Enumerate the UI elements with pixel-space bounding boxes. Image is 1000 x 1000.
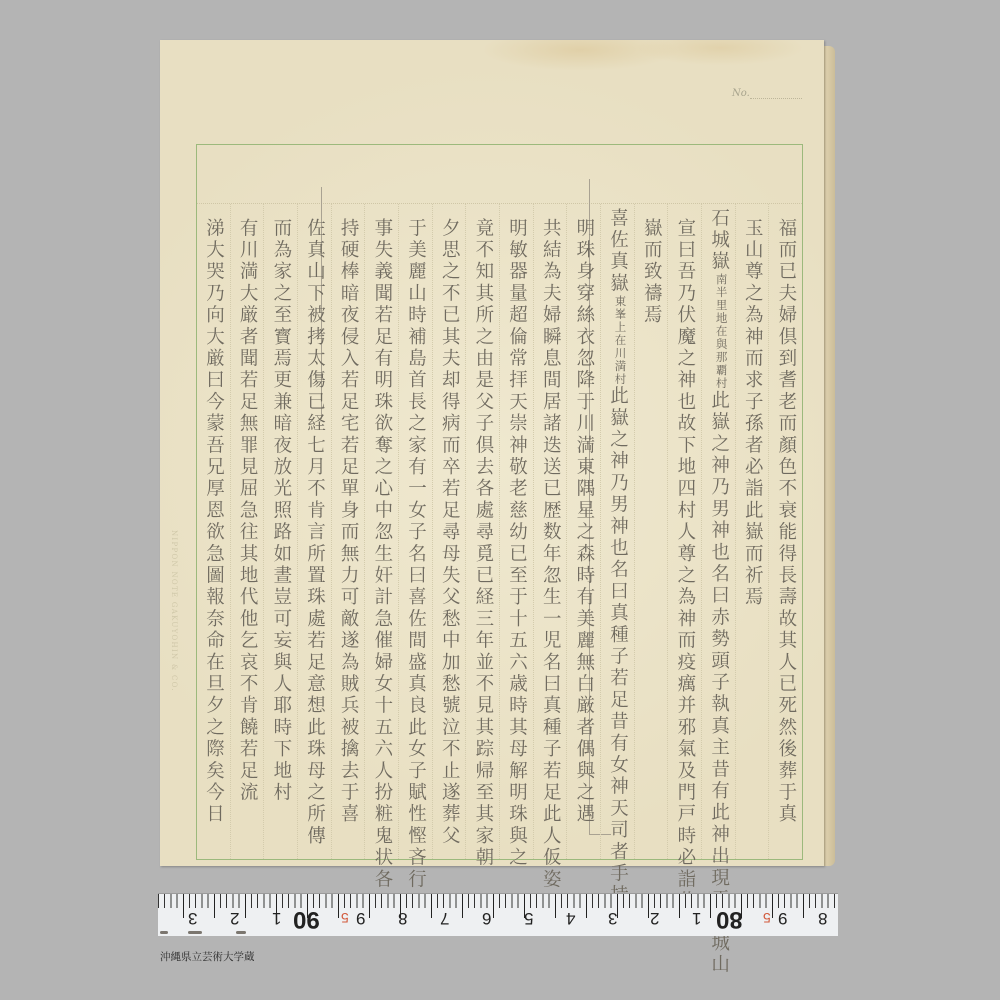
text-column: 宣曰吾乃伏魔之神也故下地四村人尊之為神而疫癘并邪氣及門戸時必詣此 [667,204,701,859]
ruler-label: 5 [341,910,349,926]
collection-credit: 沖縄県立芸術大学蔵 [160,949,255,964]
ruled-frame: 福而已夫婦倶到耆老而顏色不衰能得長壽故其人已死然後葬于真 玉山尊之為神而求子孫者… [196,144,803,860]
text-columns: 福而已夫婦倶到耆老而顏色不衰能得長壽故其人已死然後葬于真 玉山尊之為神而求子孫者… [197,204,802,859]
manuscript-page: No. NIPPON NOTE GAKUYOHIN & CO. 福而已夫婦倶到耆… [160,40,824,866]
page-number-field [750,98,802,99]
text-column: 福而已夫婦倶到耆老而顏色不衰能得長壽故其人已死然後葬于真 [768,204,802,859]
text-column: 夕思之不已其夫却得病而卒若足尋母失父愁中加愁號泣不止遂葬父 [432,204,466,859]
ruler-label: 3 [608,908,617,928]
text-column: 于美麗山時補島首長之家有一女子名曰喜佐間盛真良此女子賦性慳吝行 [398,204,432,859]
text-column: 有川満大厳者聞若足無罪見屈急往其地代他乞哀不肯饒若足流 [230,204,264,859]
text-column: 明敏器量超倫常拝天崇神敬老慈幼已至于十五六歳時其母解明珠與之 [499,204,533,859]
text-column: 嶽而致禱焉 [634,204,668,859]
text-column: 事失義聞若足有明珠欲奪之心中忽生奸計急催婦女十五六人扮粧鬼状各 [364,204,398,859]
publisher-imprint: NIPPON NOTE GAKUYOHIN & CO. [170,530,178,692]
ruler-label: 90 [293,905,320,933]
ruler-label: 1 [692,908,701,928]
text-column: 而為家之至寳焉更兼暗夜放光照路如晝豈可妄與人耶時下地村 [263,204,297,859]
text-column: 共結為夫婦瞬息間居諸迭送已歴数年忽生一児名曰真種子若足此人仮姿 [533,204,567,859]
ruler-label: 6 [482,908,491,928]
ruler-label: 5 [763,910,771,926]
entry-note: 在川満村東峯上 [613,295,626,386]
ruler-label: 7 [440,908,449,928]
text-column-entry-kisama: 喜佐真嶽在川満村東峯上此嶽之神乃男神也名曰真種子若足昔有女神天司者手持 [600,204,634,859]
ruler-label: 80 [716,905,743,933]
measuring-ruler: 3 2 1 90 5 9 8 7 6 5 4 3 2 1 80 5 9 8 [158,893,838,936]
ruler-label: 9 [356,908,365,928]
entry-title: 石城嶽 [709,208,730,273]
text-column: 竟不知其所之由是父子倶去各處尋覓已経三年並不見其踪帰至其家朝 [465,204,499,859]
entry-title: 喜佐真嶽 [608,208,629,295]
text-column: 持硬棒暗夜侵入若足宅若足單身而無力可敵遂為賊兵被擒去于喜 [331,204,365,859]
ruler-label: 8 [818,908,827,928]
ruler-label: 8 [398,908,407,928]
text-column: 佐真山下被拷太傷已経七月不肯言所置珠處若足意想此珠母之所傳 [297,204,331,859]
text-column: 明珠身穿絲衣忽降于川満東隅星之森時有美麗無白厳者偶與之遇 [566,204,600,859]
text-column: 玉山尊之為神而求子孫者必詣此嶽而祈焉 [735,204,769,859]
text-column-entry-ishiki: 石城嶽在與那覇村南半里地此嶽之神乃男神也名曰赤勢頭子執真主昔有此神出現于石城山 [701,204,735,859]
text-column: 涕大哭乃向大厳曰今蒙吾兄厚恩欲急圖報奈命在旦夕之際矣今日 [197,204,230,859]
ruler-label: 2 [230,908,239,928]
ruler-label: 1 [272,908,281,928]
ruler-label: 5 [524,908,533,928]
entry-note: 在與那覇村南半里地 [714,273,727,390]
ruler-label: 4 [566,908,575,928]
ruler-label: 3 [188,908,197,928]
ruler-label: 9 [778,908,787,928]
page-number-label: No. [732,88,750,99]
ruler-label: 2 [650,908,659,928]
